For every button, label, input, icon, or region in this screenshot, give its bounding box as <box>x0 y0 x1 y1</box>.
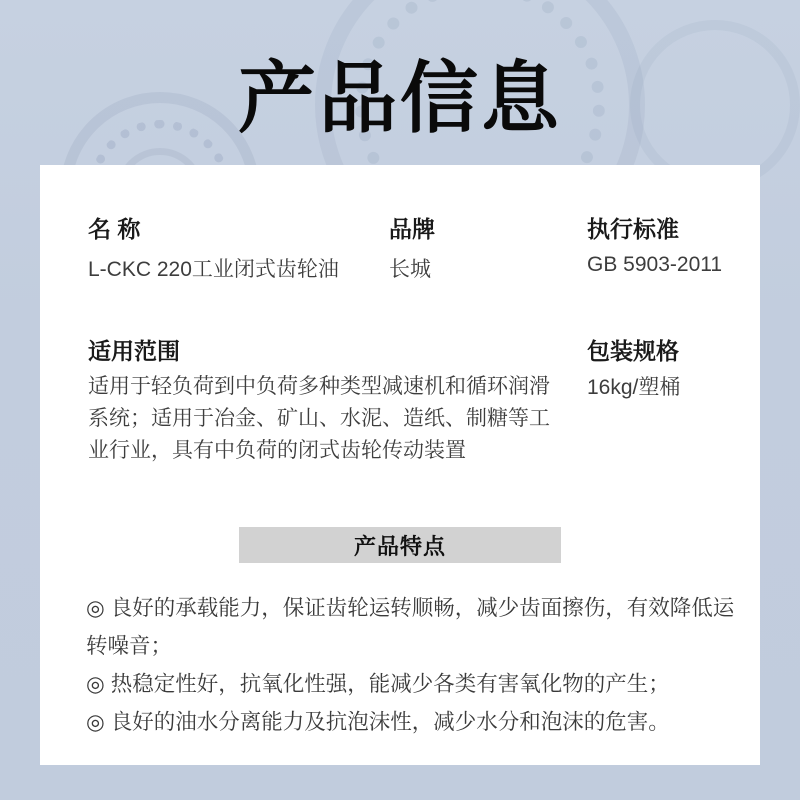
page-title: 产品信息 <box>0 36 800 148</box>
features-banner: 产品特点 <box>239 527 561 563</box>
page-header: 产品信息 <box>0 0 800 165</box>
packaging-value: 16kg/塑桶 <box>587 371 680 401</box>
name-value: L-CKC 220工业闭式齿轮油 <box>88 253 339 283</box>
feature-item: ◎ 良好的油水分离能力及抗泡沫性，减少水分和泡沫的危害。 <box>86 703 736 741</box>
brand-label: 品牌 <box>389 211 435 244</box>
name-label: 名 称 <box>88 211 140 244</box>
standard-label: 执行标准 <box>587 211 679 244</box>
scope-value: 适用于轻负荷到中负荷多种类型减速机和循环润滑系统；适用于冶金、矿山、水泥、造纸、… <box>88 371 558 467</box>
standard-value: GB 5903-2011 <box>587 253 722 277</box>
brand-value: 长城 <box>389 253 431 283</box>
feature-item: ◎ 热稳定性好，抗氧化性强，能减少各类有害氧化物的产生； <box>86 665 736 703</box>
features-list: ◎ 良好的承载能力，保证齿轮运转顺畅，减少齿面擦伤，有效降低运转噪音； ◎ 热稳… <box>86 589 736 741</box>
scope-label: 适用范围 <box>88 333 180 366</box>
packaging-label: 包装规格 <box>587 333 679 366</box>
feature-item: ◎ 良好的承载能力，保证齿轮运转顺畅，减少齿面擦伤，有效降低运转噪音； <box>86 589 736 665</box>
product-info-card: 名 称 L-CKC 220工业闭式齿轮油 品牌 长城 执行标准 GB 5903-… <box>40 165 760 765</box>
